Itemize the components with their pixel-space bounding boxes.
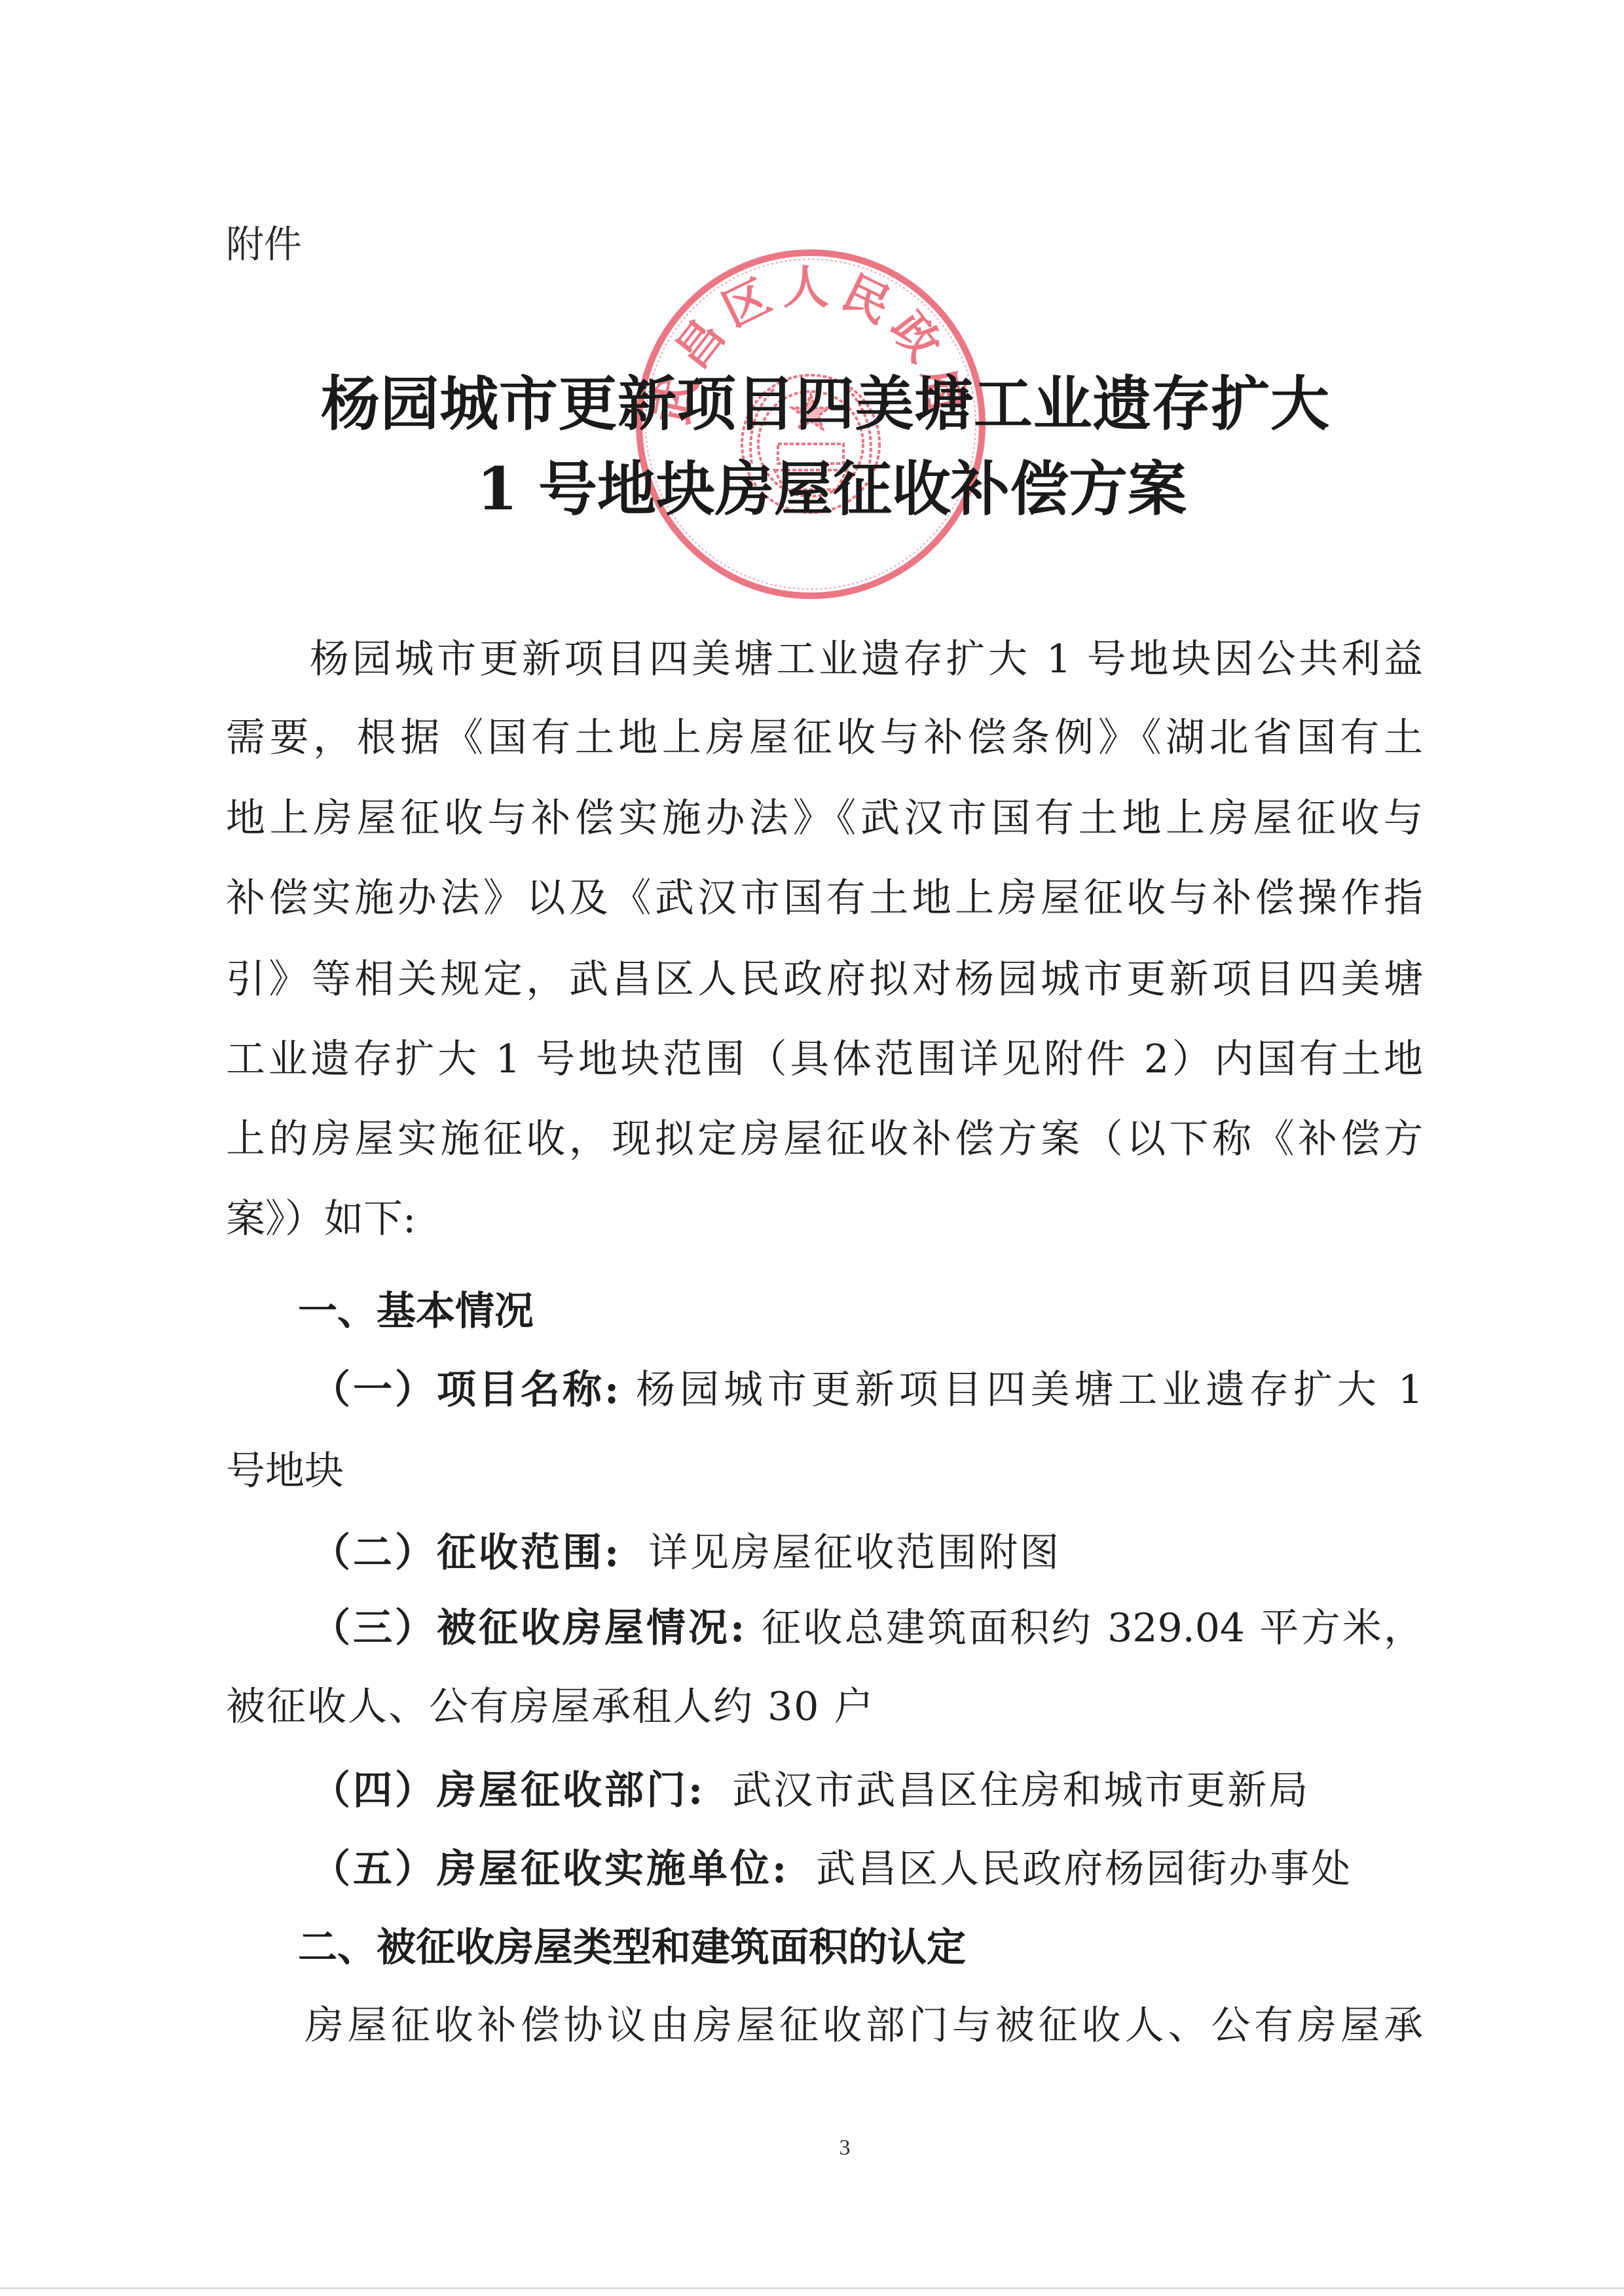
item-project-name: （一）项目名称: 杨园城市更新项目四美塘工业遗存扩大 1	[311, 1370, 1423, 1410]
item-label: （一）项目名称:	[311, 1370, 621, 1410]
item-implementing-unit: （五）房屋征收实施单位: 武昌区人民政府杨园街办事处	[311, 1850, 1352, 1889]
document-title-line-1: 杨园城市更新项目四美塘工业遗存扩大	[321, 374, 1329, 433]
item-value: 详见房屋征收范围附图	[648, 1530, 1061, 1576]
intro-line: 上的房屋实施征收，现拟定房屋征收补偿方案（以下称《补偿方	[226, 1120, 1423, 1159]
item-expropriation-department: （四）房屋征收部门: 武汉市武昌区住房和城市更新局	[311, 1771, 1310, 1810]
item-expropriation-scope: （二）征收范围: 详见房屋征收范围附图	[311, 1533, 1061, 1573]
intro-line: 地上房屋征收与补偿实施办法》《武汉市国有土地上房屋征收与	[226, 799, 1423, 838]
item-value-continued: 号地块	[226, 1451, 344, 1491]
document-title-line-2: 1 号地块房屋征收补偿方案	[477, 460, 1173, 519]
section-heading-house-type: 二、被征收房屋类型和建筑面积的认定	[298, 1928, 966, 1967]
item-label: （二）征收范围:	[311, 1530, 621, 1576]
intro-line: 工业遗存扩大 1 号地块范围（具体范围详见附件 2）内国有土地	[226, 1040, 1423, 1079]
scan-edge-divider	[0, 2287, 1624, 2289]
item-value: 武汉市武昌区住房和城市更新局	[732, 1768, 1310, 1813]
document-page: 附件 武昌区人民政府 杨园城市更新项目四美塘工业遗存扩大 1 号地块房屋征收补偿…	[0, 0, 1624, 2296]
section2-paragraph-line: 房屋征收补偿协议由房屋征收部门与被征收人、公有房屋承	[304, 2006, 1423, 2045]
intro-line: 杨园城市更新项目四美塘工业遗存扩大 1 号地块因公共利益	[310, 640, 1423, 679]
item-value-continued: 被征收人、公有房屋承租人约 30 户	[226, 1687, 875, 1726]
item-value: 杨园城市更新项目四美塘工业遗存扩大 1	[636, 1370, 1423, 1410]
item-label: （四）房屋征收部门:	[311, 1768, 705, 1813]
item-value: 征收总建筑面积约 329.04 平方米，	[762, 1609, 1423, 1648]
page-number: 3	[832, 2136, 858, 2160]
intro-line: 案》）如下:	[226, 1199, 416, 1239]
intro-line: 引》等相关规定，武昌区人民政府拟对杨园城市更新项目四美塘	[226, 960, 1423, 999]
intro-line: 补偿实施办法》以及《武汉市国有土地上房屋征收与补偿操作指	[226, 879, 1423, 918]
intro-line: 需要，根据《国有土地上房屋征收与补偿条例》《湖北省国有土	[226, 718, 1423, 757]
item-label: （三）被征收房屋情况:	[311, 1609, 747, 1648]
item-house-info: （三）被征收房屋情况: 征收总建筑面积约 329.04 平方米，	[311, 1609, 1423, 1648]
item-label: （五）房屋征收实施单位:	[311, 1846, 789, 1892]
section-heading-basic-info: 一、基本情况	[298, 1292, 534, 1331]
item-value: 武昌区人民政府杨园街办事处	[816, 1846, 1352, 1892]
attachment-label: 附件	[226, 225, 302, 263]
